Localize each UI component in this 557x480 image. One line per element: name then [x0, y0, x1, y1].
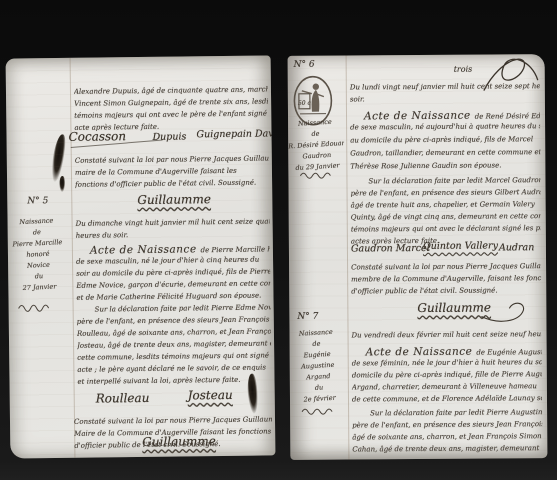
ink-blot: [59, 176, 65, 192]
act5-signatures: Roulleau Josteau: [90, 387, 270, 413]
act4-closing-text: Constaté suivant la loi par nous Pierre …: [75, 152, 269, 190]
handwritten-line: témoins majeurs qui ont avec le déclaran…: [351, 222, 541, 235]
handwritten-line: Du dimanche vingt huit janvier mil huit …: [76, 215, 270, 229]
act6-signatures: Gaudron Marcel Quinton Vallery Audran: [351, 240, 541, 257]
signature: Guignepain David: [196, 128, 275, 140]
act-number: N° 6: [294, 60, 315, 70]
signature: Gaudron Marcel: [351, 243, 430, 255]
handwritten-line: 27 Janvier: [9, 281, 69, 295]
signature: Roulleau: [96, 391, 150, 406]
handwritten-line: de cette commune, et de Florence Adélaïd…: [352, 392, 542, 405]
handwritten-line: et interpellé suivant la loi, après lect…: [77, 373, 271, 387]
flourish-squiggle: [17, 300, 63, 313]
right-page: N° 6 trois 50 c NaissancedeR. Désiré Edo…: [288, 54, 548, 460]
ink-blot: [49, 133, 67, 182]
mayor-signature: Guillaumme: [137, 192, 211, 207]
left-page: N° 5 NaissancedePierre MarcillehonoréNov…: [6, 55, 276, 458]
handwritten-line: d'officier public de l'état civil. Souss…: [351, 284, 541, 297]
margin-note: NaissancedeR. Désiré EdouardGaudrondu 29…: [288, 116, 346, 174]
flourish-squiggle: [298, 170, 338, 180]
act7-body-text: de sexe féminin, née le jour d'hier à hu…: [352, 356, 542, 405]
act-title: Acte de Naissance: [366, 346, 473, 358]
handwritten-line: Du lundi vingt neuf janvier mil huit cen…: [350, 80, 540, 93]
handwritten-line: fonctions d'officier public de l'état ci…: [75, 176, 269, 190]
act7-body: Acte de Naissancede Eugénie Augustine, d…: [352, 342, 542, 405]
act-heading-line: Acte de Naissancede René Désiré Edouard,: [350, 106, 540, 121]
margin-note: NaissancedePierre MarcillehonoréNovicedu…: [6, 215, 70, 295]
handwritten-line: témoins majeurs qui ont avec le père de …: [74, 107, 268, 121]
act6-body: Acte de Naissancede René Désiré Edouard,…: [350, 106, 540, 173]
mayor-signature: Guillaumme: [142, 434, 216, 449]
act6-date-text: Du lundi vingt neuf janvier mil huit cen…: [350, 80, 540, 105]
act-number: N° 5: [27, 196, 48, 206]
signature: Cocasson: [68, 129, 126, 144]
handwritten-line: Gaudron, taillandier, demeurant en cette…: [350, 146, 540, 160]
handwritten-line: au domicile du père ci-après indiqué, fi…: [350, 133, 540, 147]
handwritten-line: soir.: [350, 92, 540, 105]
handwritten-line: Thérèse Rose Julienne Gaudin son épouse.: [350, 159, 540, 173]
act4-signatures: Cocasson Dupuis Guignepain David: [68, 125, 268, 153]
document-scan: N° 5 NaissancedePierre MarcillehonoréNov…: [0, 0, 557, 480]
act5-date-text: Du dimanche vingt huit janvier mil huit …: [76, 215, 270, 241]
handwritten-line: 2e février: [291, 392, 348, 406]
act6-declaration-text: Sur la déclaration faite par ledit Marce…: [350, 174, 540, 247]
handwritten-line: de sexe masculin, né aujourd'hui à quatr…: [350, 120, 540, 134]
flourish-squiggle: [300, 406, 340, 416]
act7-date-text: Du vendredi deux février mil huit cent s…: [352, 328, 542, 341]
handwritten-line: Cahan, âgé de trente deux ans, magister,…: [352, 442, 542, 455]
act6-closing-text: Constaté suivant la loi par nous Pierre …: [351, 260, 541, 297]
signature: Quinton Vallery: [423, 240, 498, 252]
signature: Audran: [499, 242, 534, 253]
margin-note: NaissancedeEugénieAugustineArganddu2e fé…: [288, 326, 348, 406]
signature: Josteau: [188, 388, 233, 403]
act6-body-text: de sexe masculin, né aujourd'hui à quatr…: [350, 120, 540, 173]
act-number: N° 7: [297, 312, 318, 322]
act5-body-text: de sexe masculin, né le jour d'hier à ci…: [76, 253, 271, 303]
folio-number: trois: [454, 65, 473, 74]
act-title: Acte de Naissance: [364, 110, 471, 122]
handwritten-line: Du vendredi deux février mil huit cent s…: [352, 328, 542, 341]
act7-declaration-text: Sur la déclaration faite par ledit Pierr…: [352, 406, 542, 455]
act5-body: Acte de Naissancede Pierre Marcille hono…: [76, 239, 271, 303]
act5-declaration-text: Sur la déclaration faite par ledit Pierr…: [77, 301, 272, 387]
signature: Dupuis: [152, 131, 186, 142]
stamp-value-text: 50 c: [298, 100, 312, 107]
handwritten-line: membre de la Commune d'Augerville, faisa…: [351, 272, 541, 285]
signature-flourish: [479, 298, 527, 324]
act-heading-line: Acte de Naissancede Eugénie Augustine,: [352, 342, 542, 357]
